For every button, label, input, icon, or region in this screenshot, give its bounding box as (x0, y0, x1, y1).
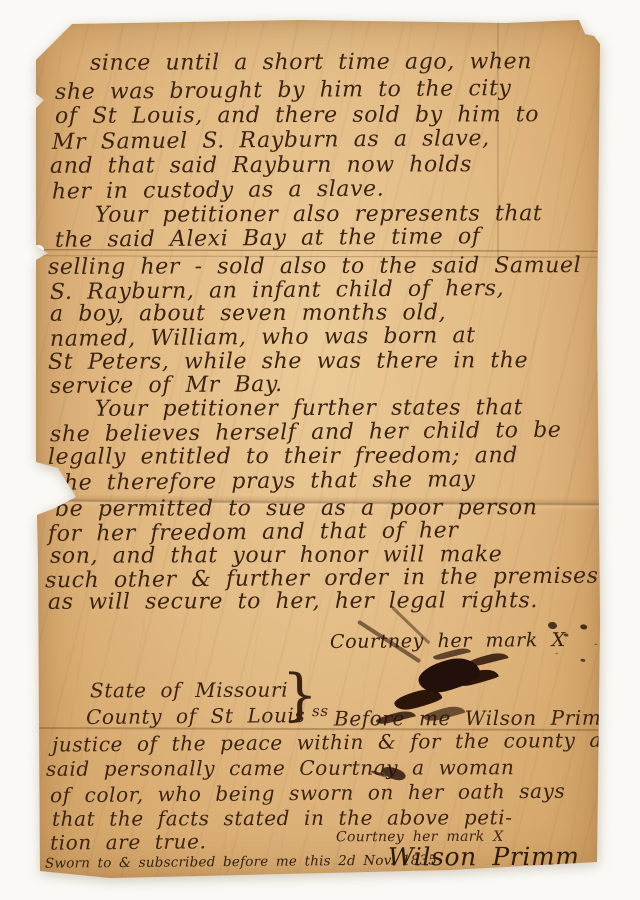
jurat-line: tion are true. (50, 831, 207, 852)
petition-line: the said Alexi Bay at the time of (55, 226, 481, 252)
petition-line: Mr Samuel S. Rayburn as a slave, (52, 128, 490, 154)
jurat-line: said personally came Courtnay a woman (46, 757, 515, 779)
petitioner-mark-signature: Courtney her mark X (330, 631, 566, 652)
petition-line: be permitted to sue as a poor person (55, 497, 538, 521)
jurat-ss-label: ss (312, 704, 329, 719)
document-scan: since until a short time ago, when she w… (0, 0, 640, 900)
petition-line: she was brought by him to the city (55, 78, 512, 104)
petition-line: named, William, who was born at (50, 325, 476, 351)
officer-title: J. P. (595, 842, 640, 871)
punch-hole (33, 245, 44, 256)
petition-line: legally entitled to their freedom; and (48, 445, 518, 469)
petition-line: she therefore prays that she may (52, 469, 476, 495)
jurat-line: justice of the peace within & for the co… (52, 729, 640, 754)
petition-line: her in custody as a slave. (52, 179, 384, 204)
petition-line: she believes herself and her child to be (50, 420, 562, 446)
jurat-before-line: Before me Wilson Primm a (334, 707, 640, 728)
petition-line: as will secure to her, her legal rights. (48, 590, 538, 614)
petition-line: since until a short time ago, when (90, 51, 532, 75)
petition-line: a boy, about seven months old, (50, 302, 446, 325)
jurat-line: of color, who being sworn on her oath sa… (50, 781, 566, 805)
paper-shadow: since until a short time ago, when she w… (0, 0, 640, 900)
petition-line: St Peters, while she was there in the (48, 350, 528, 374)
petition-line: service of Mr Bay. (50, 374, 283, 398)
jurat-line: that the facts stated in the above peti- (52, 807, 513, 829)
petition-line: of St Louis, and there sold by him to (55, 104, 539, 128)
officer-signature: Wilson Primm J. P. (388, 844, 640, 870)
petition-paper: since until a short time ago, when she w… (36, 20, 601, 878)
petition-line: and that said Rayburn now holds (50, 154, 472, 177)
ink-blot-large (415, 653, 482, 697)
jurat-county-label: County of St Louis (86, 705, 306, 727)
petition-line: Your petitioner further states that (95, 397, 523, 420)
officer-signature-name: Wilson Primm (388, 842, 580, 875)
jurat-sworn-line: Sworn to & subscribed before me this 2d … (45, 854, 437, 871)
jurat-state-label: State of Missouri (90, 680, 288, 701)
